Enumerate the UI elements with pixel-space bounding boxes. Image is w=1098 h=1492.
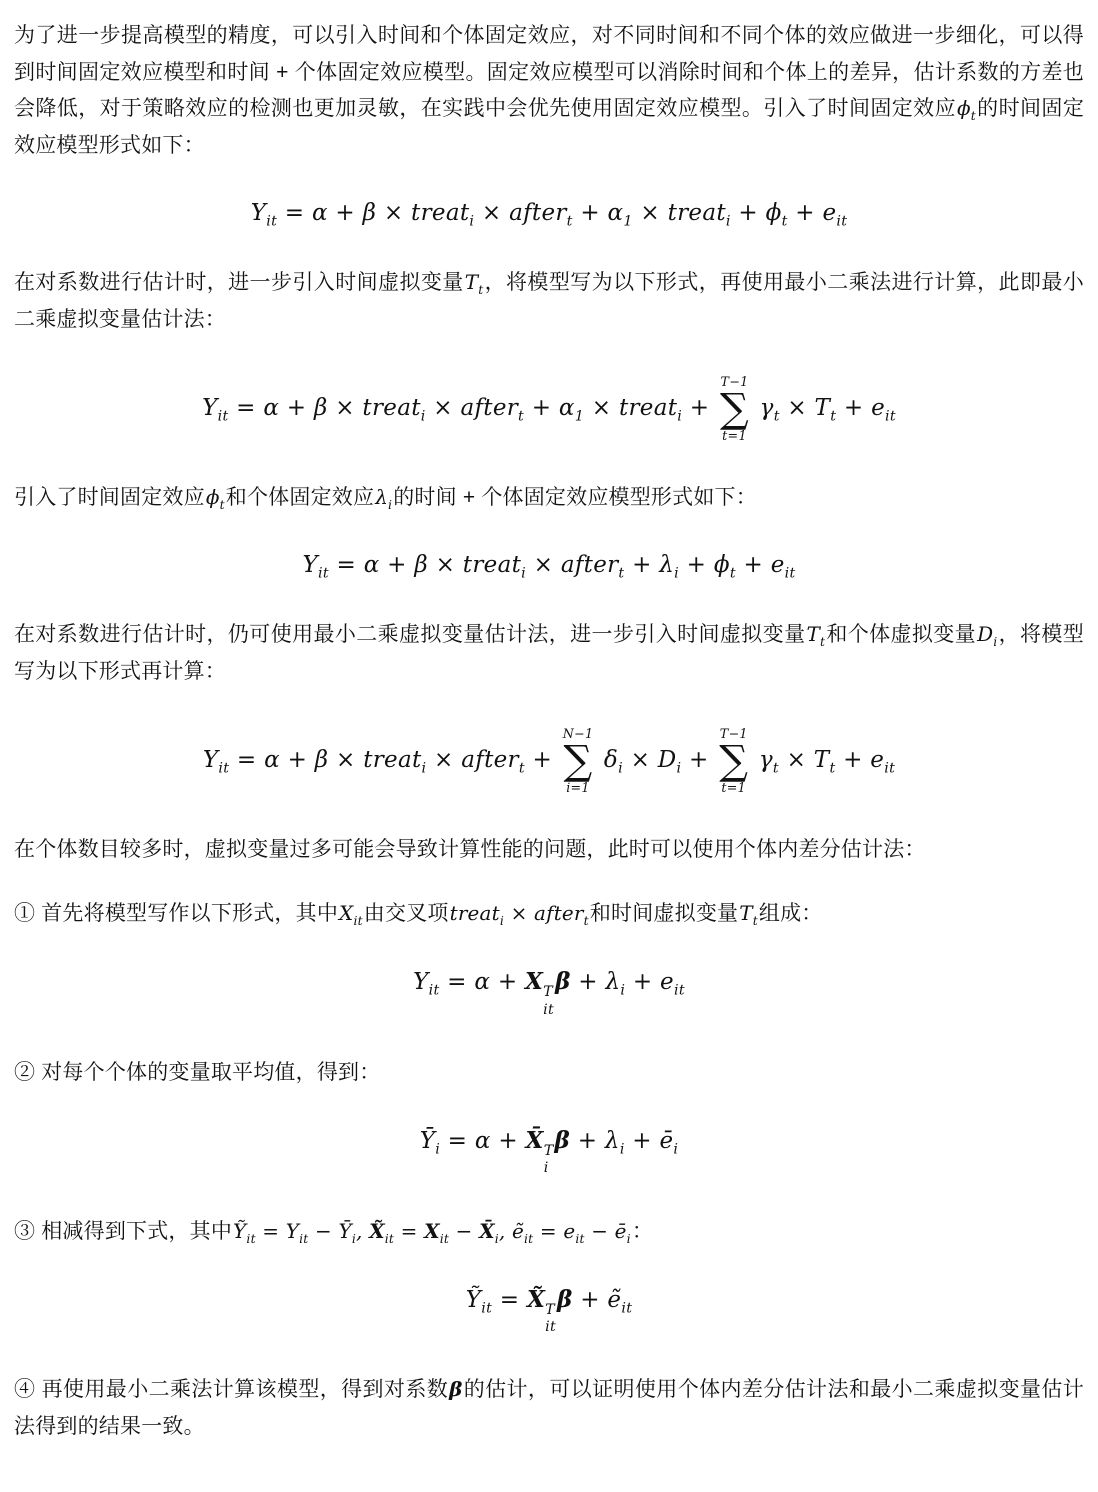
text-run: ③ 相减得到下式，其中 bbox=[14, 1220, 232, 1243]
text-run: 组成： bbox=[759, 902, 823, 925]
formula-lsdv-two-way: Yit = α + β × treati × aftert + N−1∑i=1 … bbox=[14, 726, 1084, 796]
inline-math: λi bbox=[374, 485, 393, 509]
bold-symbol: β bbox=[555, 1127, 571, 1154]
inline-math: ϕt bbox=[956, 96, 977, 120]
text-run: 的时间 + 个体固定效应模型形式如下： bbox=[393, 486, 757, 509]
sup-sub-stack: Tit bbox=[545, 1302, 556, 1336]
text-run: 引入了时间固定效应 bbox=[14, 486, 205, 509]
summation-operator: T−1∑t=1 bbox=[720, 374, 749, 444]
formula-lsdv-time: Yit = α + β × treati × aftert + α1 × tre… bbox=[14, 374, 1084, 444]
bold-symbol: X̃ bbox=[369, 1219, 385, 1243]
step-1-item: ① 首先将模型写作以下形式，其中Xit由交叉项treati × aftert和时… bbox=[14, 896, 1084, 933]
document-body: 为了进一步提高模型的精度，可以引入时间和个体固定效应，对不同时间和不同个体的效应… bbox=[14, 18, 1084, 1445]
text-run: 和时间虚拟变量 bbox=[590, 902, 738, 925]
two-way-intro-paragraph: 引入了时间固定效应ϕt和个体固定效应λi的时间 + 个体固定效应模型形式如下： bbox=[14, 480, 1084, 517]
step-3-item: ③ 相减得到下式，其中Ỹit = Yit − Ȳi, X̃it = Xit − … bbox=[14, 1214, 1084, 1251]
inline-math: Tt bbox=[805, 622, 826, 646]
bold-symbol: X bbox=[424, 1219, 440, 1243]
text-run: ② 对每个个体的变量取平均值，得到： bbox=[14, 1061, 380, 1084]
summation-operator: T−1∑t=1 bbox=[719, 726, 748, 796]
formula-step-3-demeaned: Ỹit = X̃Titβ + ẽit bbox=[14, 1286, 1084, 1336]
bold-symbol: β bbox=[449, 1377, 462, 1401]
formula-step-1-matrix-form: Yit = α + XTitβ + λi + eit bbox=[14, 968, 1084, 1018]
inline-math: β bbox=[448, 1377, 463, 1401]
text-run: 由交叉项 bbox=[364, 902, 449, 925]
step-2-item: ② 对每个个体的变量取平均值，得到： bbox=[14, 1055, 1084, 1092]
bold-symbol: X̃ bbox=[527, 1286, 545, 1313]
sup-sub-stack: Tit bbox=[543, 984, 554, 1018]
formula-time-fixed-effects-model: Yit = α + β × treati × aftert + α1 × tre… bbox=[14, 200, 1084, 229]
inline-math: Tt bbox=[464, 270, 485, 294]
sup-sub-stack: Ti bbox=[544, 1143, 554, 1177]
formula-two-way-model: Yit = α + β × treati × aftert + λi + ϕt … bbox=[14, 552, 1084, 581]
step-4-item: ④ 再使用最小二乘法计算该模型，得到对系数β的估计，可以证明使用个体内差分估计法… bbox=[14, 1372, 1084, 1445]
text-run: ④ 再使用最小二乘法计算该模型，得到对系数 bbox=[14, 1378, 448, 1401]
inline-math: ϕt bbox=[205, 485, 226, 509]
text-run: 为了进一步提高模型的精度，可以引入时间和个体固定效应，对不同时间和不同个体的效应… bbox=[14, 24, 1084, 120]
text-run: 在对系数进行估计时，进一步引入时间虚拟变量 bbox=[14, 271, 464, 294]
inline-math: Di bbox=[976, 622, 998, 646]
bold-symbol: β bbox=[557, 1286, 573, 1313]
lsdv-time-paragraph: 在对系数进行估计时，进一步引入时间虚拟变量Tt，将模型写为以下形式，再使用最小二… bbox=[14, 265, 1084, 338]
text-run: 在个体数目较多时，虚拟变量过多可能会导致计算性能的问题，此时可以使用个体内差分估… bbox=[14, 838, 926, 861]
text-run: 和个体固定效应 bbox=[226, 486, 374, 509]
inline-math: treati × aftert bbox=[449, 901, 590, 925]
text-run: ： bbox=[632, 1220, 653, 1243]
bold-symbol: X bbox=[525, 968, 543, 995]
intro-paragraph: 为了进一步提高模型的精度，可以引入时间和个体固定效应，对不同时间和不同个体的效应… bbox=[14, 18, 1084, 164]
text-run: 和个体虚拟变量 bbox=[826, 623, 976, 646]
text-run: 在对系数进行估计时，仍可使用最小二乘虚拟变量估计法，进一步引入时间虚拟变量 bbox=[14, 623, 805, 646]
bold-symbol: β bbox=[555, 968, 571, 995]
formula-step-2-group-mean: Ȳi = α + X̄Tiβ + λi + ēi bbox=[14, 1127, 1084, 1177]
inline-math: Ỹit = Yit − Ȳi, X̃it = Xit − X̄i, ẽit = … bbox=[232, 1219, 632, 1243]
bold-symbol: X̄ bbox=[526, 1127, 544, 1154]
inline-math: Xit bbox=[338, 901, 364, 925]
bold-symbol: X̄ bbox=[479, 1219, 495, 1243]
inline-math: Tt bbox=[738, 901, 759, 925]
summation-operator: N−1∑i=1 bbox=[563, 726, 594, 796]
text-run: ① 首先将模型写作以下形式，其中 bbox=[14, 902, 338, 925]
lsdv-two-way-paragraph: 在对系数进行估计时，仍可使用最小二乘虚拟变量估计法，进一步引入时间虚拟变量Tt和… bbox=[14, 617, 1084, 690]
within-estimator-paragraph: 在个体数目较多时，虚拟变量过多可能会导致计算性能的问题，此时可以使用个体内差分估… bbox=[14, 832, 1084, 869]
